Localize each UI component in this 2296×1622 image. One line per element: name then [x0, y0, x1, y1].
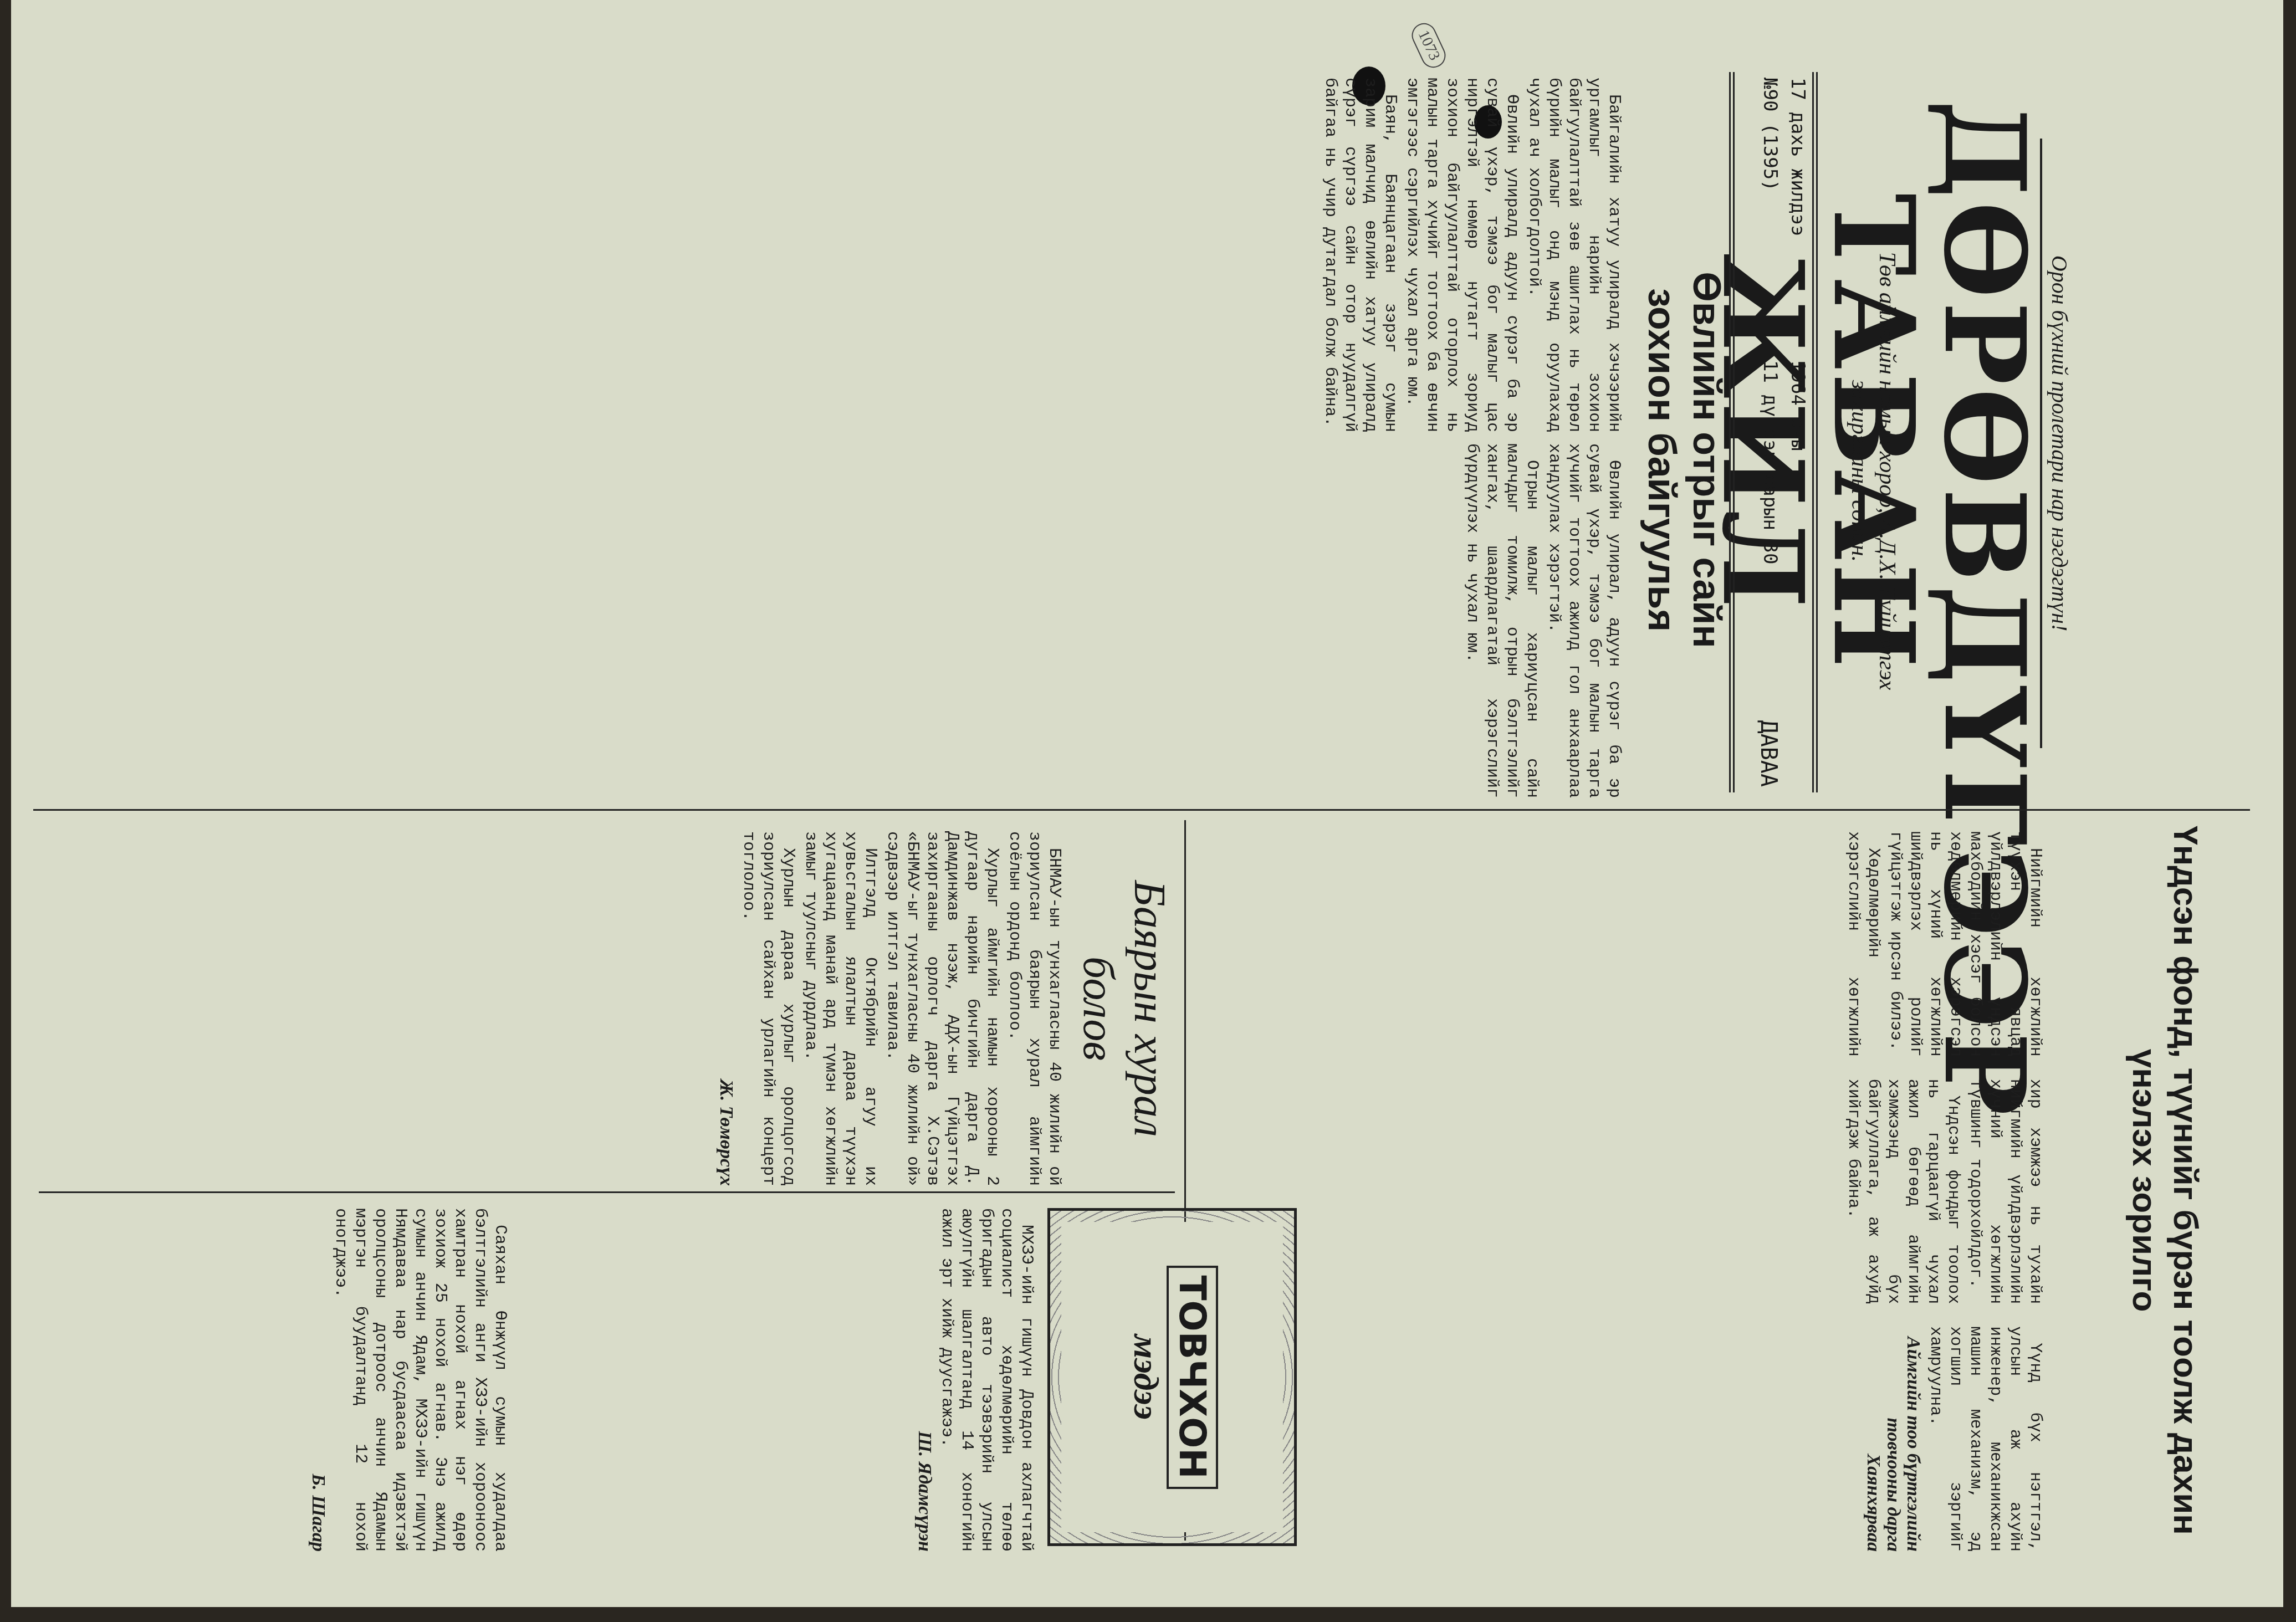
- issue-weekday: ДАВАА: [1756, 720, 1781, 787]
- article-3-headline: Баярын хурал болов: [1073, 842, 1175, 1175]
- issue-number: №90 (1395): [1759, 78, 1781, 191]
- archive-stamp: 1073: [1408, 19, 1449, 72]
- article-1-headline: Өвлийн отрыг сайн зохион байгуулья: [1640, 211, 1729, 709]
- brief-news-label: ТОВЧХОН: [1167, 1266, 1219, 1489]
- article-3-byline: Ж. Төмөрсүх: [716, 831, 736, 1186]
- article-2-paragraph: Нийгмийн хөгжлийн түүхэн явцад үйлдвэрлэ…: [1885, 831, 2045, 1057]
- newspaper-page: Орон бүхний пролетари нар нэгдэгтүн! ДӨР…: [11, 0, 2283, 1607]
- article-1-column-2: Өвлийн улирал, адуун сүрэг ба эр сувай ү…: [17, 443, 1624, 798]
- article-3-body: БНМАУ-ын тунхагласны 40 жилийн ой зориул…: [67, 831, 1064, 1186]
- issue-info-bar: 17 дахь жилдээ №90 (1395) 1964 оны 11 дү…: [1729, 72, 1818, 792]
- article-1-paragraph: Өвлийн улирал, адуун сүрэг ба эр сувай ү…: [1544, 443, 1624, 798]
- article-1-paragraph: Байгалийн хатуу улиралд хэчээрийн ургамл…: [1524, 78, 1624, 432]
- article-3-paragraph: Илтгэлд Октябрийн агуу их хувьсгалын яла…: [800, 831, 880, 1186]
- masthead: Орон бүхний пролетари нар нэгдэгтүн! ДӨР…: [1729, 0, 2283, 804]
- masthead-subtitle: Төв аймгийн намын хороо, А.Д.Х. Гүйцэтгэ…: [1845, 222, 1901, 720]
- article-2-body: Нийгмийн хөгжлийн түүхэн явцад үйлдвэрлэ…: [1380, 831, 2045, 1552]
- column-divider: [33, 809, 2250, 811]
- issue-date: 11 дүгээр сарын 30: [1759, 360, 1781, 564]
- brief-news-box: ТОВЧХОН мэдээ: [1047, 1208, 1297, 1546]
- article-2-byline: Аймгийн тоо бүртгэлийн товчооны дарга Ха…: [1863, 1326, 1923, 1552]
- volume-label: 17 дахь жилдээ: [1787, 78, 1809, 237]
- article-2-headline: Үндсэн фонд, түүнийг бүрэн тоолж дахин ү…: [2123, 820, 2206, 1541]
- article-1-paragraph: Өвлийн улиралд адуун сүрэг ба эр сувай ү…: [1402, 78, 1522, 432]
- article-1-paragraph: Баян, Баянцагаан зэрэг сумын зарим малчи…: [1320, 78, 1400, 432]
- brief-news-sublabel: мэдээ: [1126, 1334, 1167, 1420]
- article-1-paragraph: Отрын малыг хариуцсан сайн малчдыг томил…: [1462, 443, 1542, 798]
- article-3-paragraph: Хурлын дараа хурлыг оролцогсод зориулсан…: [738, 831, 798, 1186]
- brief-news-item: Саяхан Өнжүүл сумын худалдаа бэлтгэлийн …: [67, 1208, 510, 1552]
- article-2-paragraph: Үүнд бүх нэгтгэл, улсын аж ахуйн инженер…: [1925, 1326, 2045, 1552]
- brief-news-text: Саяхан Өнжүүл сумын худалдаа бэлтгэлийн …: [330, 1208, 510, 1552]
- article-3-paragraph: Хурлыг аймгийн намын хорооны 2 дугаар на…: [882, 831, 1002, 1186]
- article-2-paragraph: Үндсэн фондыг тоолох нь гарцаагүй чухал …: [1843, 1079, 1963, 1304]
- brief-news-item: МХЗЭ-ийн гишүүн Довдон ахлагчтай социали…: [538, 1208, 1036, 1552]
- column-divider: [39, 1191, 1175, 1193]
- issue-year: 1964 оны: [1787, 360, 1809, 451]
- brief-news-text: МХЗЭ-ийн гишүүн Довдон ахлагчтай социали…: [937, 1208, 1036, 1552]
- brief-news-byline: Ш. Ядамсүрэн: [914, 1208, 934, 1552]
- article-1-column-1: Байгалийн хатуу улиралд хэчээрийн ургамл…: [17, 78, 1624, 432]
- article-3-paragraph: БНМАУ-ын тунхагласны 40 жилийн ой зориул…: [1004, 831, 1064, 1186]
- brief-news-byline: Б. Шагар: [308, 1208, 328, 1552]
